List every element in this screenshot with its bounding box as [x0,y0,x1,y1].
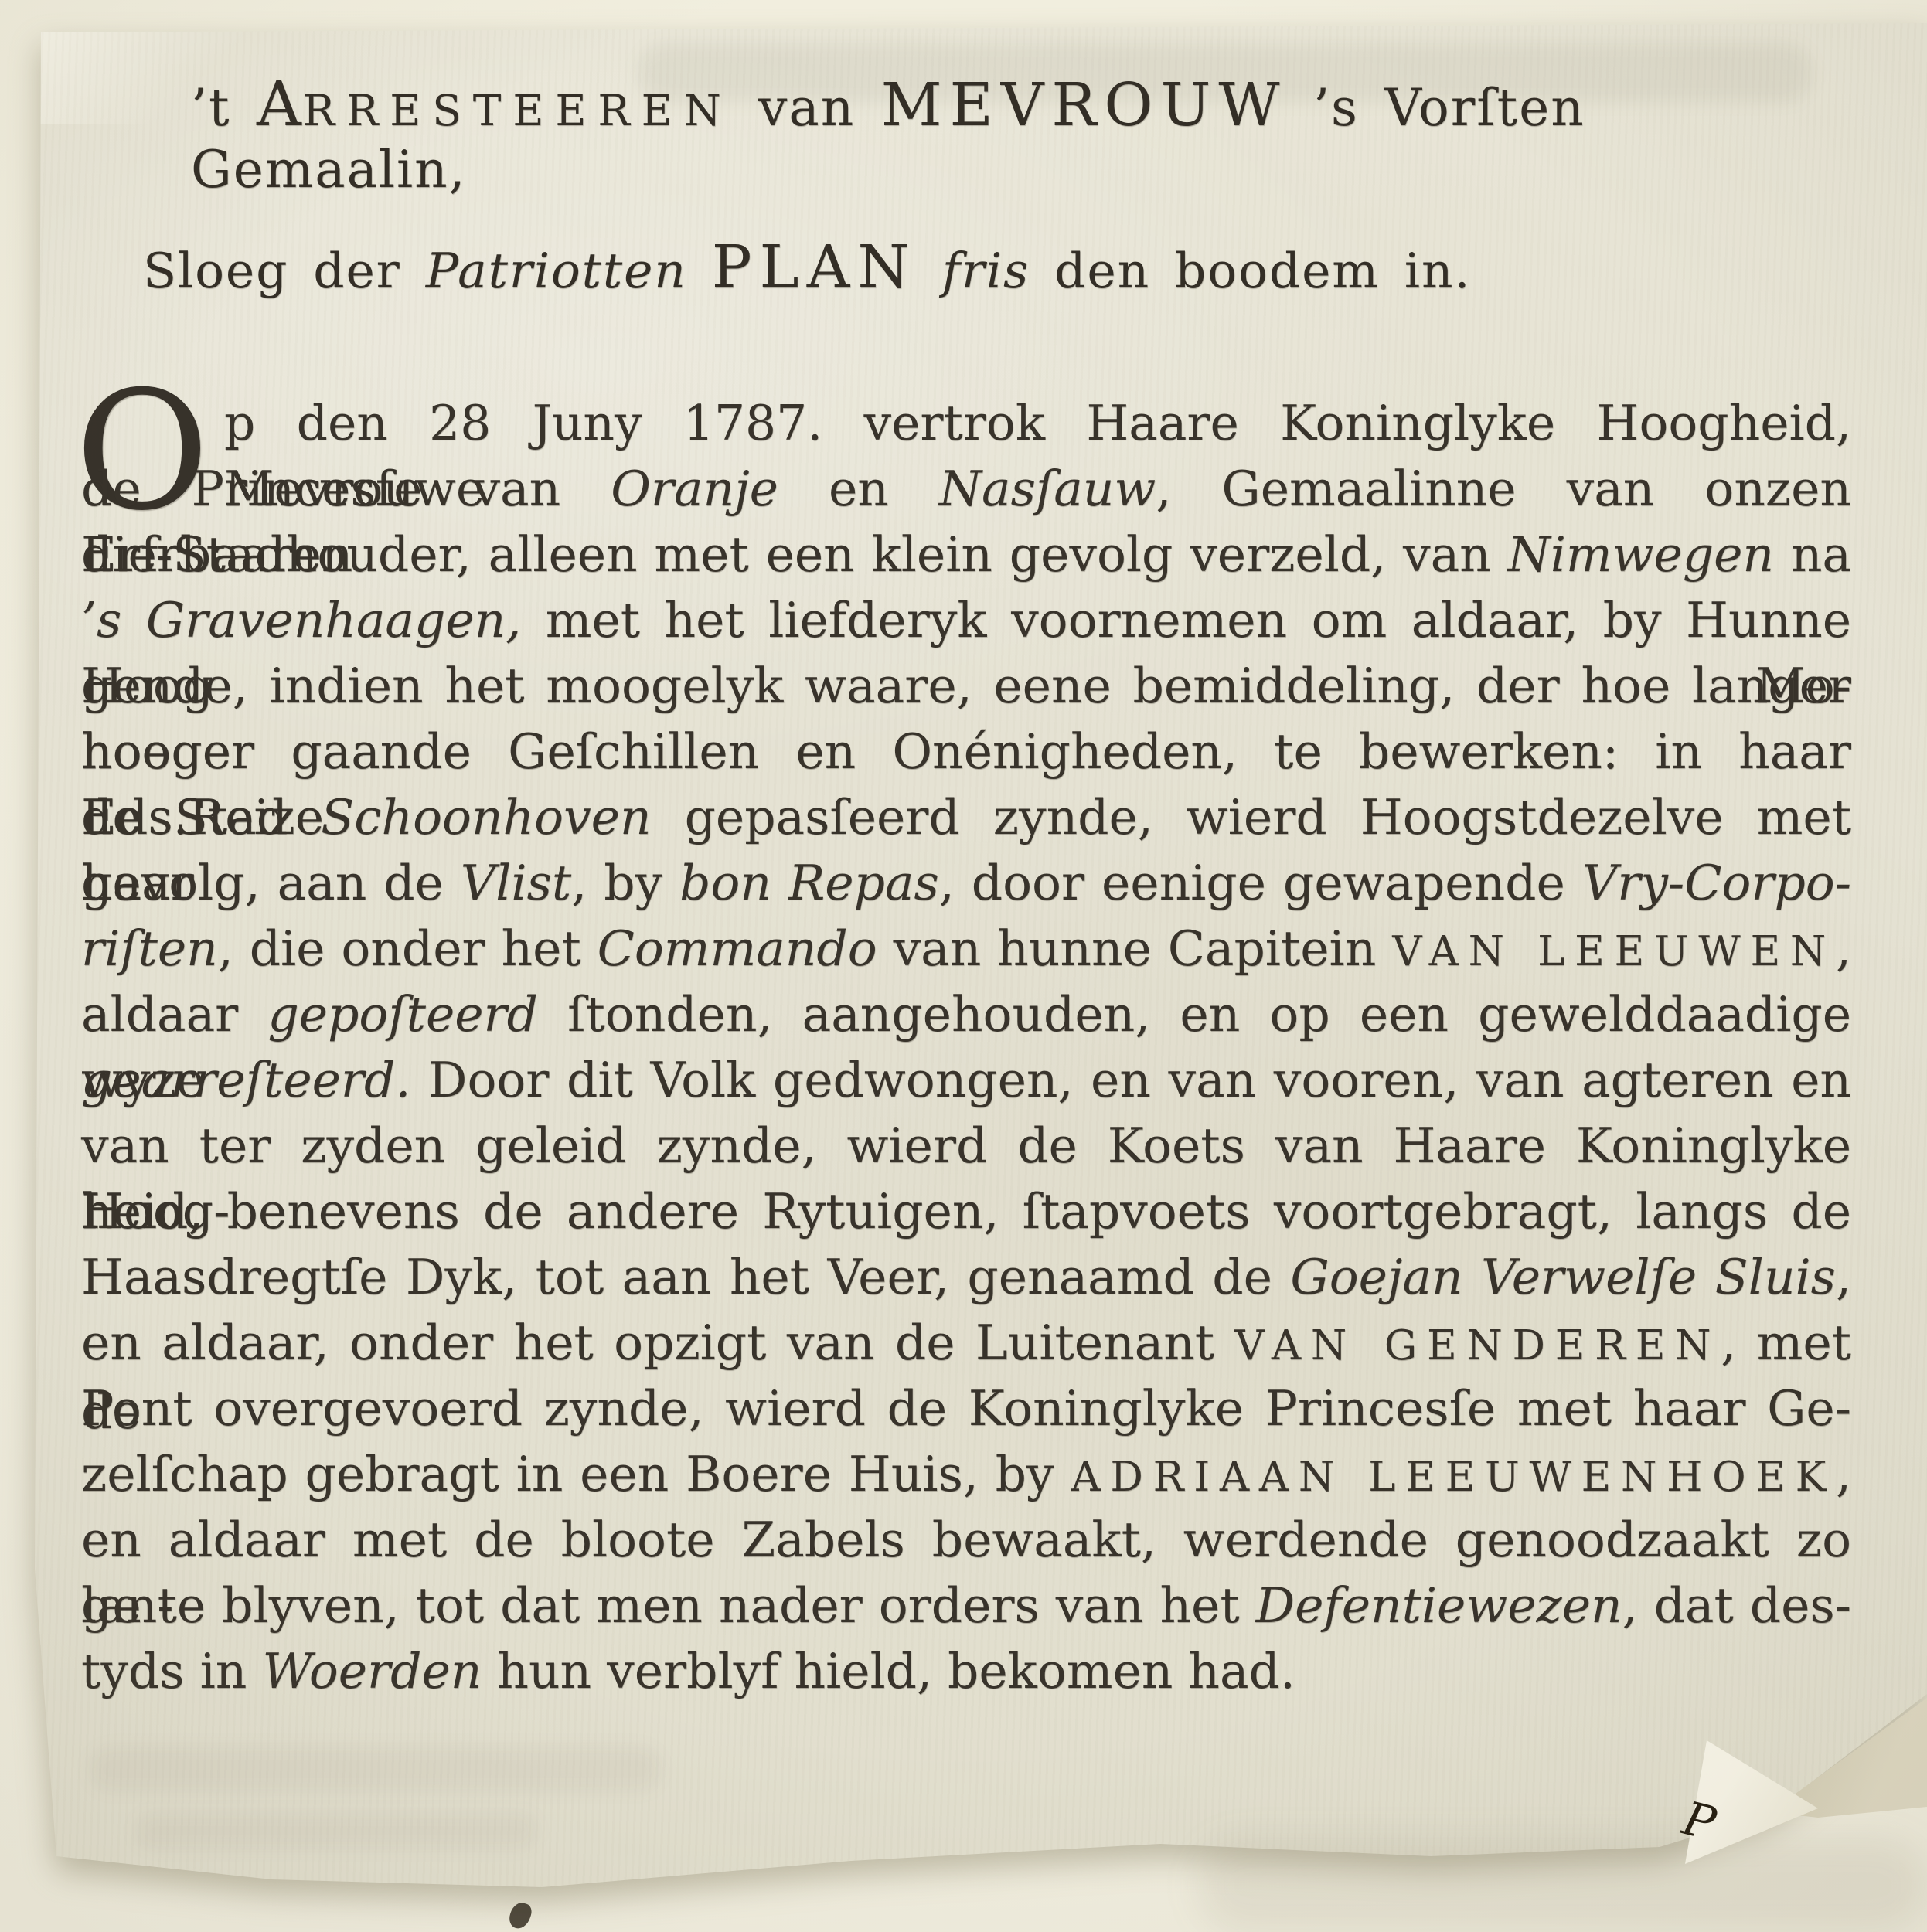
body-paragraph: p den 28 Juny 1787. vertrok Haare Koning… [81,390,1851,1704]
mount-shadow [1198,1839,1927,1932]
text-segment: Schoonhoven [321,789,651,845]
text-segment [918,243,942,299]
text-segment: Nimwegen [1508,526,1774,583]
text-segment: Erf-Stadhouder, alleen met een klein gev… [81,526,1508,583]
text-segment: den boodem in. [1030,243,1471,299]
text-segment: de Princesſe van [81,461,611,517]
text-segment: , [1836,1249,1851,1305]
text-segment: Door dit Volk gedwongen, en van vooren, … [410,1052,1851,1108]
body-line: gende, indien het moogelyk waare, eene b… [81,653,1851,719]
body-line: Pont overgevoerd zynde, wierd de Koningl… [81,1376,1851,1441]
body-line: zelſchap gebragt in een Boere Huis, by A… [81,1441,1851,1507]
text-segment: ADRIAAN LEEUWENHOEK [1071,1454,1836,1501]
body-line: heid, benevens de andere Rytuigen, ſtapv… [81,1179,1851,1244]
newspaper-clipping: ’t ARRESTEEREN van MEVROUW ’s Vorſten Ge… [35,23,1927,1901]
text-segment: de Stad [81,789,321,845]
ink-speck [506,1900,533,1931]
text-segment: Goejan Verwelſe Sluis [1290,1249,1836,1305]
text-segment: , die onder het [218,920,598,977]
text-segment: van [733,78,881,138]
body-line: Erf-Stadhouder, alleen met een klein gev… [81,522,1851,587]
text-segment: heid, benevens de andere Rytuigen, ſtapv… [81,1183,1851,1240]
body-line: gearreſteerd. Door dit Volk gedwongen, e… [81,1047,1851,1113]
ink-showthrough [135,1813,537,1849]
text-segment: van hunne Capitein [877,920,1393,977]
body-line: de Princesſe van Oranje en Nasſauw, Gema… [81,456,1851,522]
text-segment: ge te blyven, tot dat men nader orders v… [81,1577,1256,1634]
text-segment: Vlist [461,855,571,911]
text-segment: en [778,461,939,517]
text-segment: MEVROUW [881,71,1288,140]
body-line: riſten, die onder het Commando van hunne… [81,916,1851,981]
text-segment: riſten [81,920,218,977]
text-segment: , by [571,855,679,911]
text-segment: Commando [598,920,877,977]
text-segment: gearreſteerd. [81,1052,410,1108]
text-segment [687,243,712,299]
text-segment: Defentiewezen [1256,1577,1622,1634]
body-line: Haasdregtſe Dyk, tot aan het Veer, genaa… [81,1244,1851,1310]
ink-showthrough [89,1747,661,1791]
body-line: p den 28 Juny 1787. vertrok Haare Koning… [81,390,1851,456]
scan-page: ’t ARRESTEEREN van MEVROUW ’s Vorſten Ge… [0,0,1927,1932]
text-segment: en aldaar, onder het opzigt van de Luite… [81,1315,1235,1371]
text-segment: Woerden [262,1643,482,1699]
text-segment: RRESTEEREN [303,86,733,135]
body-line: de Stad Schoonhoven gepasſeerd zynde, wi… [81,784,1851,850]
text-segment: bon Repas [679,855,939,911]
text-segment: VAN LEEUWEN [1392,928,1836,975]
text-segment: Sloeg der [143,243,426,299]
text-segment: gepoſteerd [267,986,538,1043]
headline-line-2: Sloeg der Patriotten PLAN fris den boode… [143,233,1859,302]
text-segment: VAN GENDEREN [1235,1322,1721,1369]
body-line: gevolg, aan de Vlist, by bon Repas, door… [81,850,1851,916]
clipping-wrapper: ’t ARRESTEEREN van MEVROUW ’s Vorſten Ge… [35,23,1927,1901]
text-segment: hun verblyf hield, bekomen had. [482,1643,1295,1699]
body-line: van ter zyden geleid zynde, wierd de Koe… [81,1113,1851,1179]
text-segment: Pont overgevoerd zynde, wierd de Koningl… [81,1380,1851,1437]
text-segment: PLAN [712,233,918,302]
body-line: en aldaar, onder het opzigt van de Luite… [81,1310,1851,1376]
text-segment: gevolg, aan de [81,855,461,911]
text-segment: Haasdregtſe Dyk, tot aan het Veer, genaa… [81,1249,1290,1305]
text-segment: Patriotten [426,243,687,299]
body-line: aldaar gepoſteerd ſtonden, aangehouden, … [81,981,1851,1047]
body-line: tyds in Woerden hun verblyf hield, bekom… [81,1638,1851,1704]
text-segment: na [1774,526,1851,583]
text-segment: , [1836,1446,1851,1502]
text-segment: ’s Gravenhaagen, [81,592,521,648]
body-line: hooger gaande Geſchillen en Onénigheden,… [81,719,1851,784]
body-line: ge te blyven, tot dat men nader orders v… [81,1573,1851,1638]
text-segment: ’t [191,78,257,138]
text-segment: zelſchap gebragt in een Boere Huis, by [81,1446,1071,1502]
text-segment: Oranje [611,461,778,517]
body-line: en aldaar met de bloote Zabels bewaakt, … [81,1507,1851,1573]
text-segment: Vry-Corpo- [1582,855,1851,911]
text-segment: Nasſauw [939,461,1156,517]
text-segment: , door eenige gewapende [939,855,1582,911]
text-segment: fris [942,243,1030,299]
text-segment: , dat des- [1622,1577,1851,1634]
headline: ’t ARRESTEEREN van MEVROUW ’s Vorſten Ge… [143,68,1859,302]
text-segment: aldaar [81,986,267,1043]
headline-line-1: ’t ARRESTEEREN van MEVROUW ’s Vorſten Ge… [143,68,1859,199]
body-line: ’s Gravenhaagen, met het liefderyk voorn… [81,587,1851,653]
text-segment: , [1836,920,1851,977]
text-segment: tyds in [81,1643,262,1699]
text-segment: A [257,68,303,140]
